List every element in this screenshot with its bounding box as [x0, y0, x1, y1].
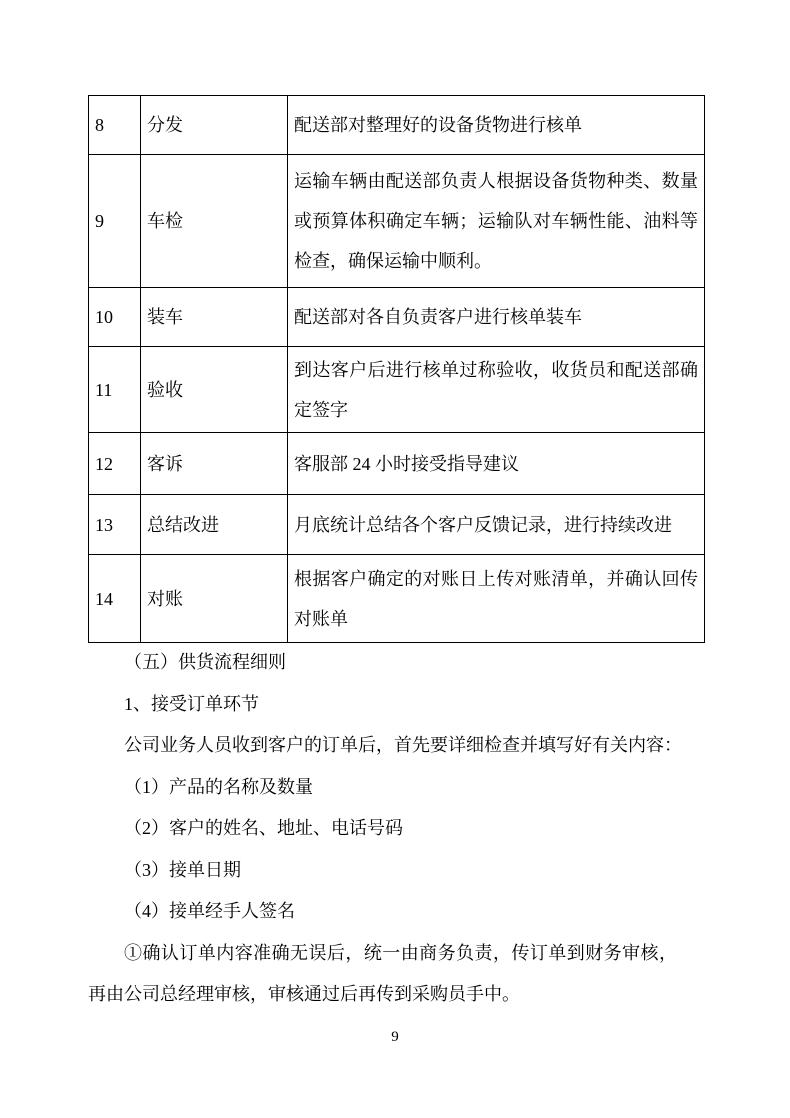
table-row: 14对账根据客户确定的对账日上传对账清单，并确认回传对账单	[89, 555, 705, 643]
step-description-cell: 运输车辆由配送部负责人根据设备货物种类、数量或预算体积确定车辆；运输队对车辆性能…	[288, 155, 705, 288]
order-item: （3）接单日期	[88, 850, 703, 892]
table-row: 12客诉客服部 24 小时接受指导建议	[89, 433, 705, 495]
step-number-cell: 14	[89, 555, 141, 643]
supply-process-table: 8分发配送部对整理好的设备货物进行核单9车检运输车辆由配送部负责人根据设备货物种…	[88, 95, 705, 643]
step-name-cell: 装车	[141, 288, 288, 347]
step-number-cell: 8	[89, 96, 141, 155]
step-number-cell: 11	[89, 347, 141, 433]
step-description-cell: 月底统计总结各个客户反馈记录，进行持续改进	[288, 495, 705, 555]
step-description-cell: 客服部 24 小时接受指导建议	[288, 433, 705, 495]
step-number-cell: 13	[89, 495, 141, 555]
step-name-cell: 分发	[141, 96, 288, 155]
table-row: 10装车配送部对各自负责客户进行核单装车	[89, 288, 705, 347]
order-item: （2）客户的姓名、地址、电话号码	[88, 808, 703, 850]
confirm-paragraph: ①确认订单内容准确无误后，统一由商务负责，传订单到财务审核，再由公司总经理审核，…	[88, 933, 703, 1016]
step-name-cell: 客诉	[141, 433, 288, 495]
step-number-cell: 9	[89, 155, 141, 288]
step-description-cell: 根据客户确定的对账日上传对账清单，并确认回传对账单	[288, 555, 705, 643]
intro-paragraph: 公司业务人员收到客户的订单后，首先要详细检查并填写好有关内容：	[88, 725, 703, 767]
page-number: 9	[0, 1028, 790, 1046]
step-number-cell: 12	[89, 433, 141, 495]
order-item: （1）产品的名称及数量	[88, 767, 703, 809]
table-row: 13总结改进月底统计总结各个客户反馈记录，进行持续改进	[89, 495, 705, 555]
table-row: 11验收到达客户后进行核单过称验收，收货员和配送部确定签字	[89, 347, 705, 433]
table-row: 9车检运输车辆由配送部负责人根据设备货物种类、数量或预算体积确定车辆；运输队对车…	[89, 155, 705, 288]
subsection-heading: 1、接受订单环节	[88, 684, 703, 726]
document-page: 8分发配送部对整理好的设备货物进行核单9车检运输车辆由配送部负责人根据设备货物种…	[0, 0, 790, 1118]
body-text: （五）供货流程细则 1、接受订单环节 公司业务人员收到客户的订单后，首先要详细检…	[88, 642, 703, 1016]
step-name-cell: 车检	[141, 155, 288, 288]
step-name-cell: 对账	[141, 555, 288, 643]
step-name-cell: 验收	[141, 347, 288, 433]
step-description-cell: 配送部对各自负责客户进行核单装车	[288, 288, 705, 347]
step-name-cell: 总结改进	[141, 495, 288, 555]
section-heading: （五）供货流程细则	[88, 642, 703, 684]
table-row: 8分发配送部对整理好的设备货物进行核单	[89, 96, 705, 155]
step-number-cell: 10	[89, 288, 141, 347]
process-table-body: 8分发配送部对整理好的设备货物进行核单9车检运输车辆由配送部负责人根据设备货物种…	[89, 96, 705, 643]
step-description-cell: 到达客户后进行核单过称验收，收货员和配送部确定签字	[288, 347, 705, 433]
order-item: （4）接单经手人签名	[88, 891, 703, 933]
order-item-list: （1）产品的名称及数量（2）客户的姓名、地址、电话号码（3）接单日期（4）接单经…	[88, 767, 703, 933]
step-description-cell: 配送部对整理好的设备货物进行核单	[288, 96, 705, 155]
